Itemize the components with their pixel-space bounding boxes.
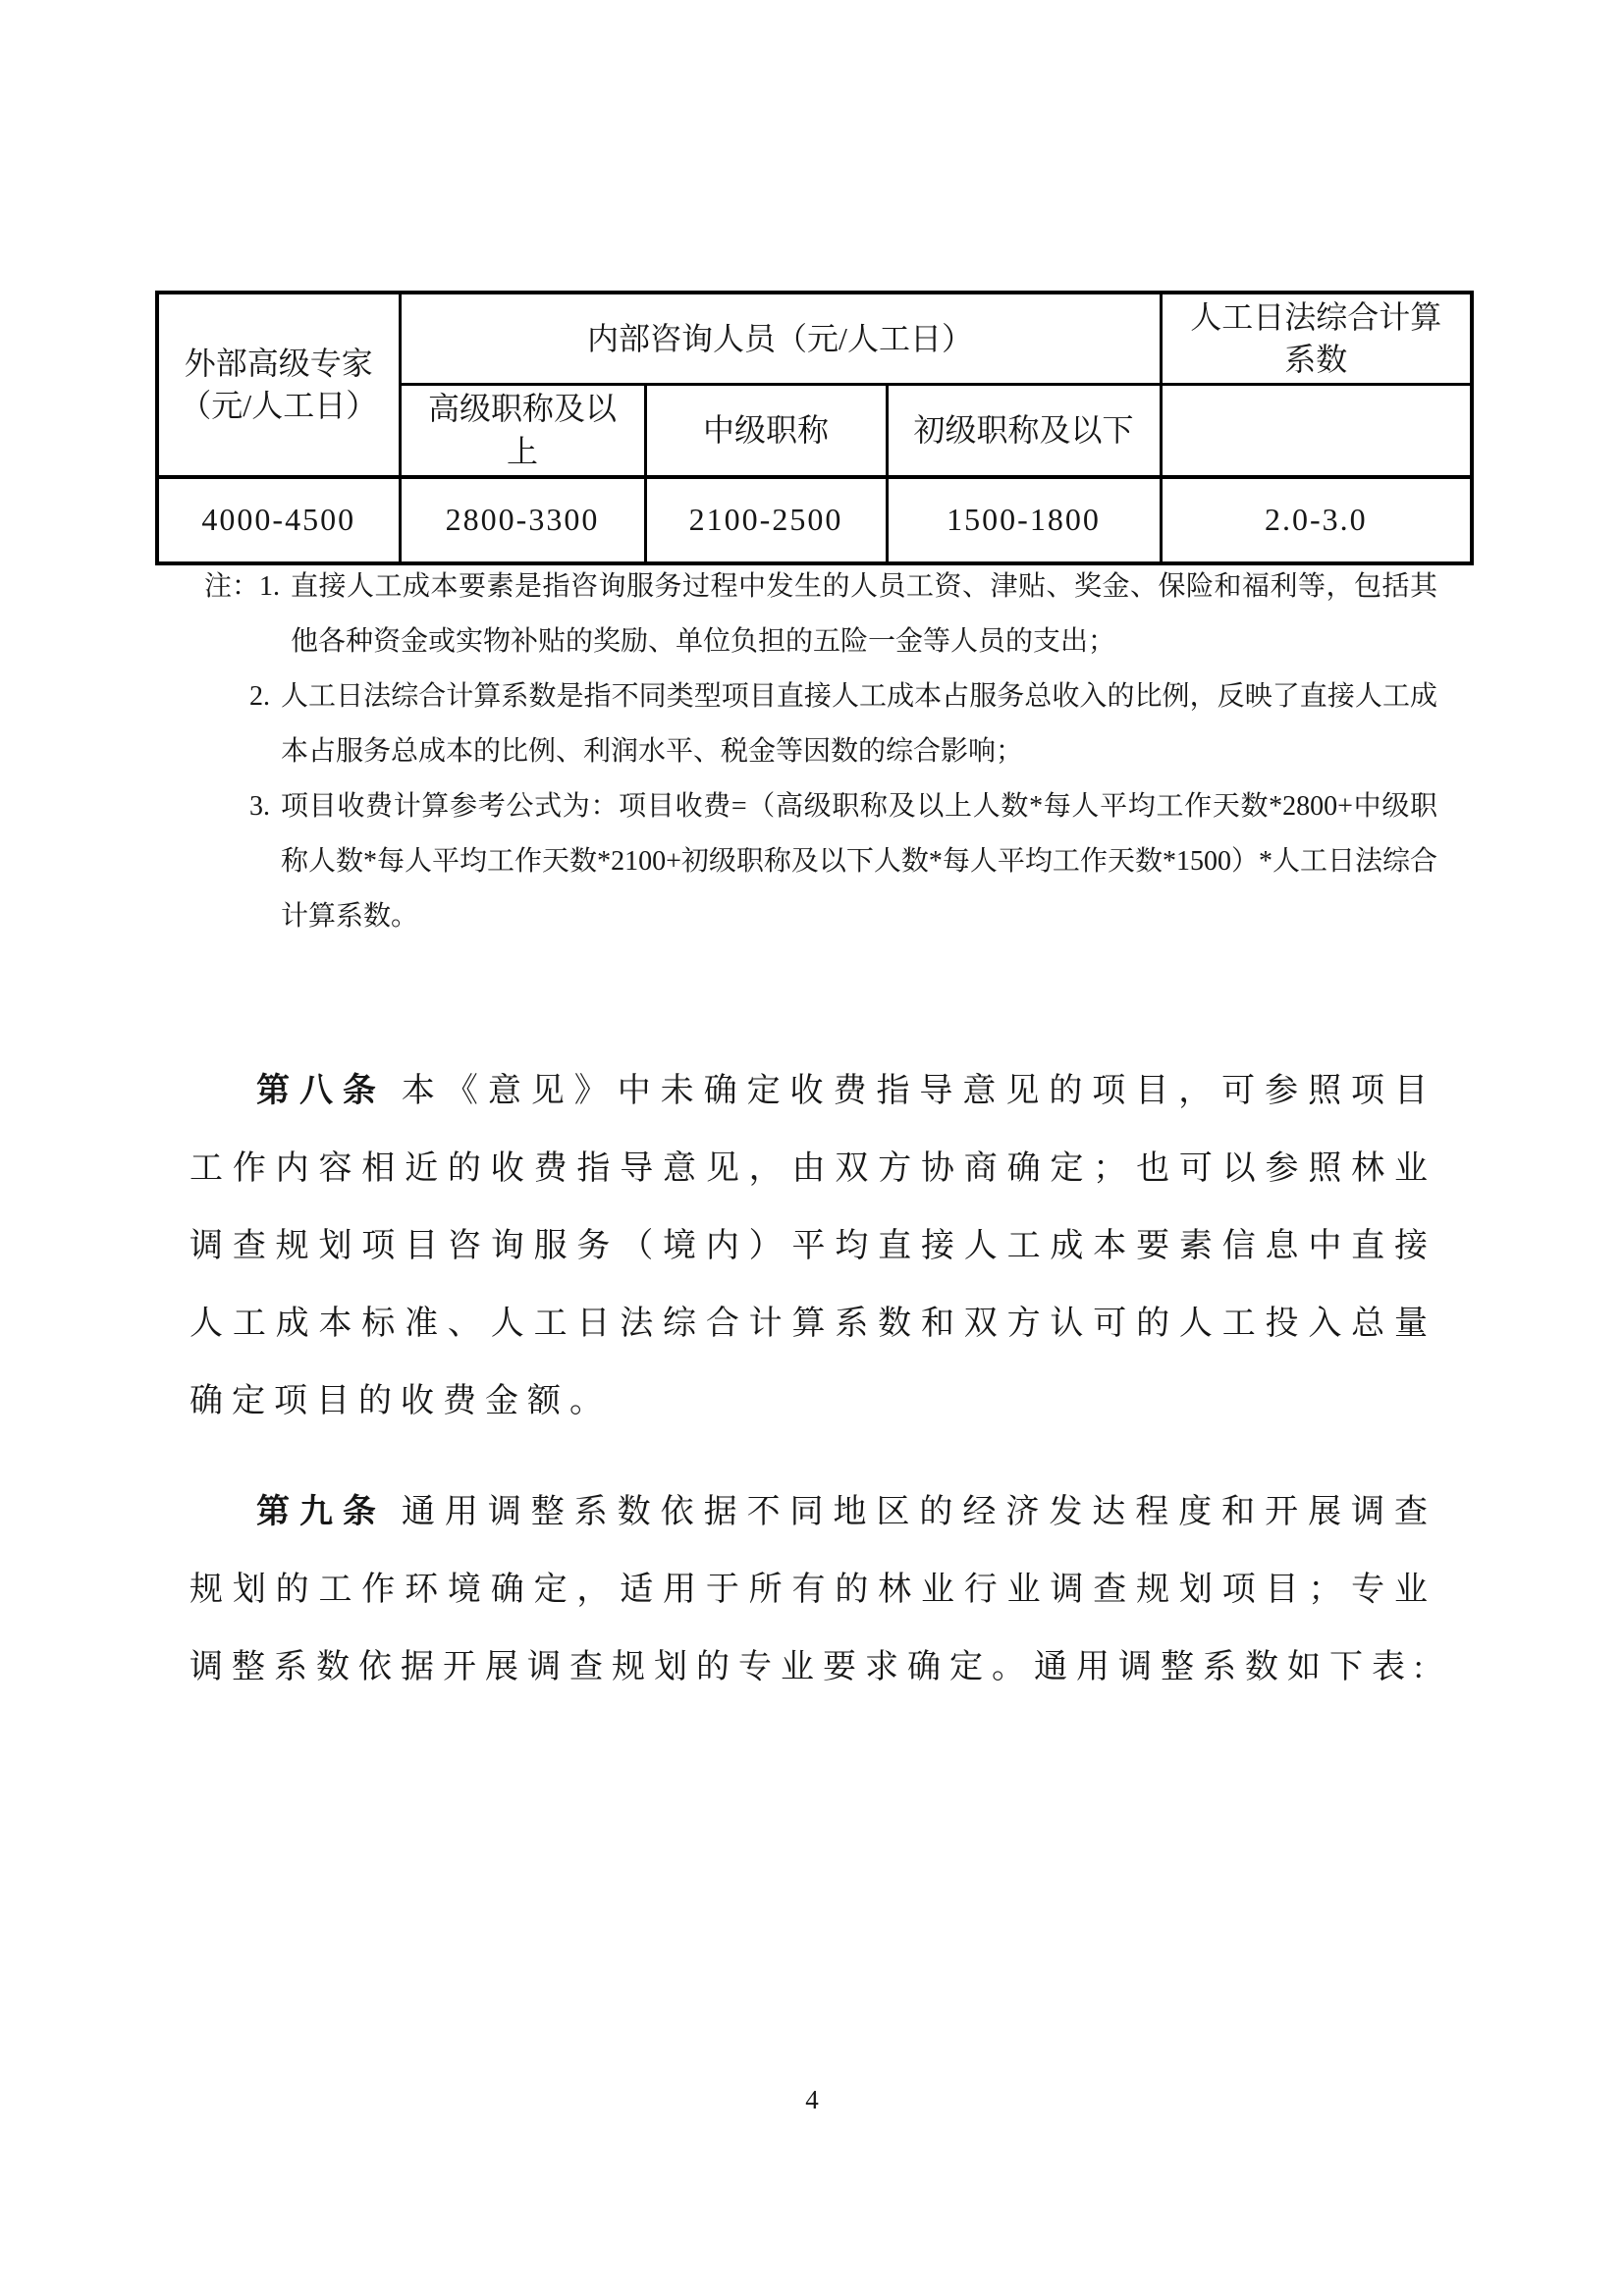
notes-section: 注： 1. 直接人工成本要素是指咨询服务过程中发生的人员工资、津贴、奖金、保险和… <box>204 560 1437 944</box>
cell-senior-range: 2800-3300 <box>400 477 645 563</box>
article-9-lead: 第九条 <box>256 1494 386 1530</box>
note-item-1: 注： 1. 直接人工成本要素是指咨询服务过程中发生的人员工资、津贴、奖金、保险和… <box>204 560 1437 669</box>
note-number: 2. <box>249 669 281 724</box>
header-external-expert-line1: 外部高级专家 <box>167 343 391 385</box>
article-9: 第九条通用调整系数依据不同地区的经济发达程度和开展调查规划的工作环境确定，适用于… <box>189 1473 1436 1706</box>
header-senior-title-line1: 高级职称及以 <box>409 388 636 430</box>
header-junior-title: 初级职称及以下 <box>887 385 1161 477</box>
header-coefficient-empty <box>1161 385 1472 477</box>
page-number: 4 <box>0 2085 1624 2115</box>
header-coefficient-line2: 系数 <box>1170 339 1463 381</box>
note-number: 3. <box>249 779 281 834</box>
header-external-expert: 外部高级专家 （元/人工日） <box>157 293 400 477</box>
fee-standard-table: 外部高级专家 （元/人工日） 内部咨询人员（元/人工日） 人工日法综合计算 系数… <box>155 291 1474 565</box>
header-coefficient-line1: 人工日法综合计算 <box>1170 296 1463 339</box>
note-text: 人工日法综合计算系数是指不同类型项目直接人工成本占服务总收入的比例，反映了直接人… <box>281 669 1437 779</box>
header-internal-consultant: 内部咨询人员（元/人工日） <box>400 293 1161 385</box>
note-item-2: 2. 人工日法综合计算系数是指不同类型项目直接人工成本占服务总收入的比例，反映了… <box>204 669 1437 779</box>
header-external-expert-line2: （元/人工日） <box>167 385 391 427</box>
note-item-3: 3. 项目收费计算参考公式为：项目收费=（高级职称及以上人数*每人平均工作天数*… <box>204 779 1437 944</box>
document-page: 外部高级专家 （元/人工日） 内部咨询人员（元/人工日） 人工日法综合计算 系数… <box>0 0 1624 2296</box>
cell-mid-range: 2100-2500 <box>645 477 887 563</box>
cell-coefficient-range: 2.0-3.0 <box>1161 477 1472 563</box>
header-coefficient: 人工日法综合计算 系数 <box>1161 293 1472 385</box>
article-8-text: 本《意见》中未确定收费指导意见的项目，可参照项目工作内容相近的收费指导意见，由双… <box>189 1073 1436 1419</box>
header-senior-title-line2: 上 <box>409 431 636 473</box>
article-8-lead: 第八条 <box>256 1073 386 1109</box>
header-senior-title: 高级职称及以 上 <box>400 385 645 477</box>
body-text: 第八条本《意见》中未确定收费指导意见的项目，可参照项目工作内容相近的收费指导意见… <box>189 1019 1436 1739</box>
notes-label: 注： <box>204 560 259 614</box>
header-mid-title: 中级职称 <box>645 385 887 477</box>
note-number: 1. <box>259 560 291 614</box>
note-text: 直接人工成本要素是指咨询服务过程中发生的人员工资、津贴、奖金、保险和福利等，包括… <box>291 560 1437 669</box>
cell-junior-range: 1500-1800 <box>887 477 1161 563</box>
note-text: 项目收费计算参考公式为：项目收费=（高级职称及以上人数*每人平均工作天数*280… <box>281 779 1437 944</box>
cell-expert-range: 4000-4500 <box>157 477 400 563</box>
article-8: 第八条本《意见》中未确定收费指导意见的项目，可参照项目工作内容相近的收费指导意见… <box>189 1052 1436 1440</box>
